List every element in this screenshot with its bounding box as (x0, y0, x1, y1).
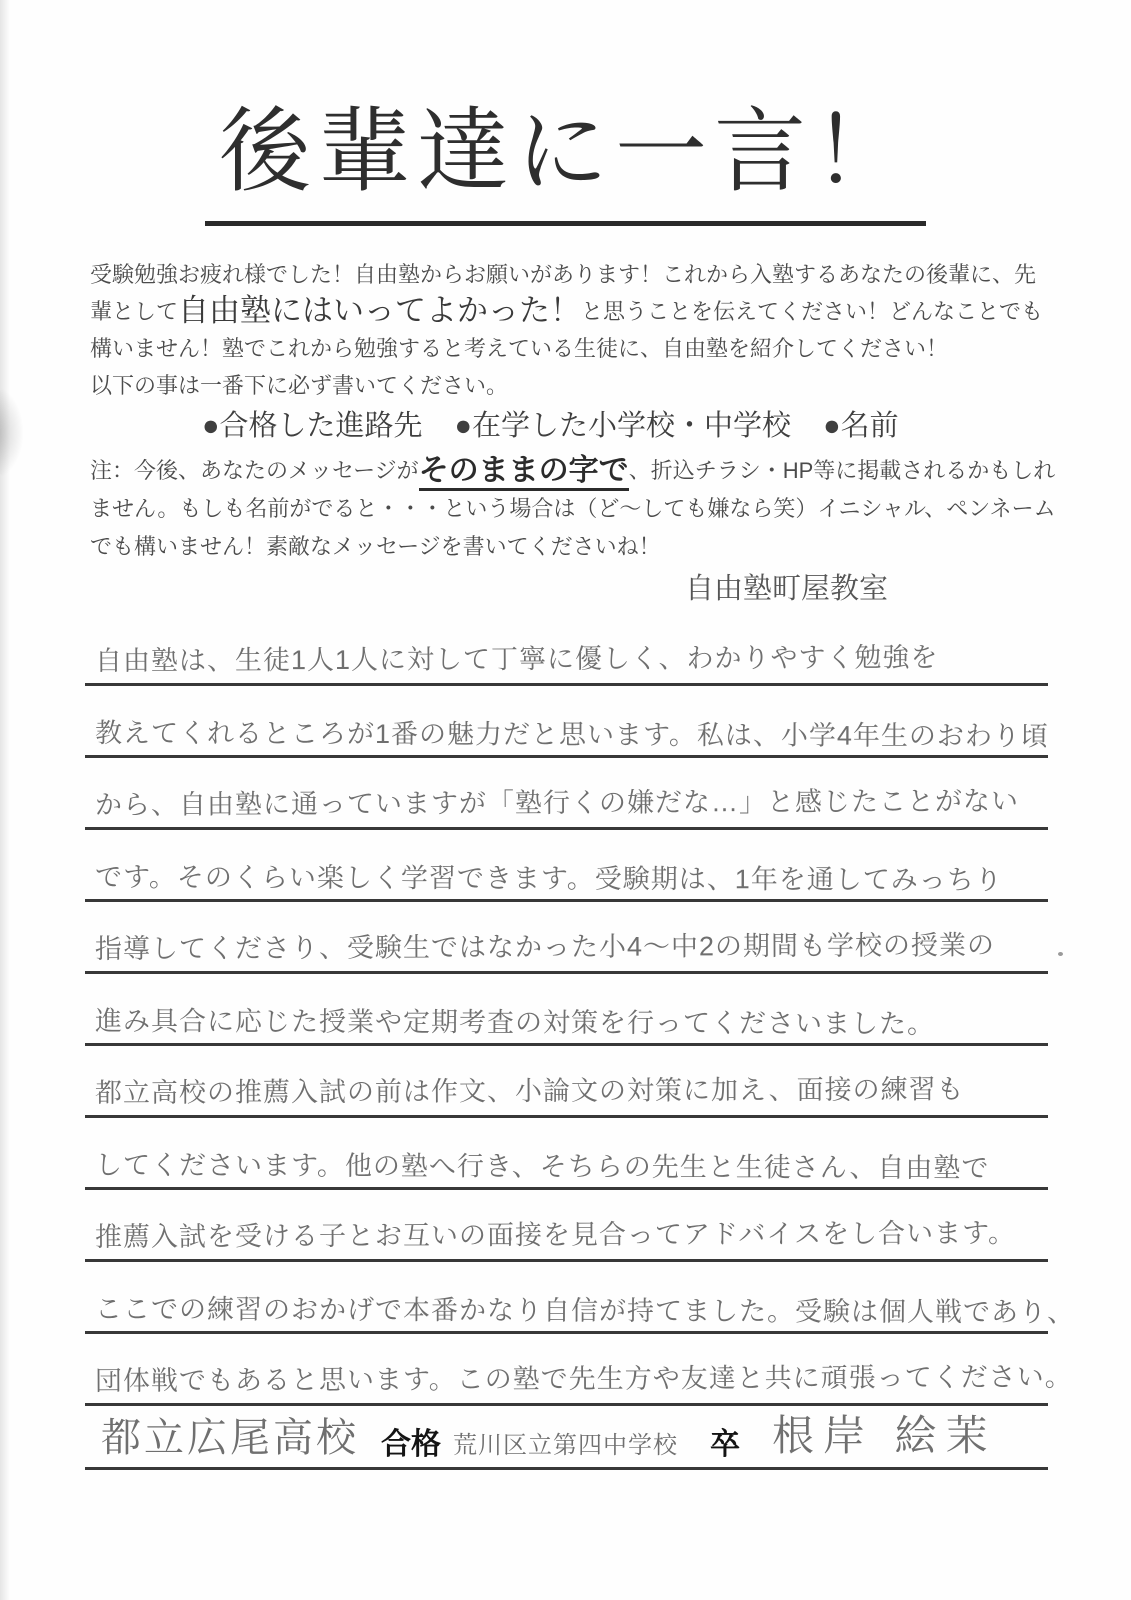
instruction-line: 以下の事は一番下に必ず書いてください。 (90, 367, 1056, 404)
message-line: 団体戦でもあると思います。この塾で先生方や友達と共に頑張ってください。 (85, 1334, 1048, 1406)
message-line-text: 指導してくださり、受験生ではなかった小4〜中2の期間も学校の授業の (95, 923, 995, 966)
note-paragraph: 注：今後、あなたのメッセージがそのままの字で、折込チラシ・HP等に掲載されるかも… (90, 452, 1056, 566)
student-name: 根岸 絵茉 (772, 1403, 997, 1463)
scanned-form-page: 後輩達に一言！ 受験勉強お疲れ様でした！自由塾からお願いがあります！これから入塾… (0, 0, 1131, 1600)
required-item-destination: ●合格した進路先 (202, 406, 423, 446)
note-emphasis: そのままの字で (419, 454, 629, 491)
intro-paragraph: 受験勉強お疲れ様でした！自由塾からお願いがあります！これから入塾するあなたの後輩… (90, 256, 1056, 367)
message-line: から、自由塾に通っていますが「塾行くの嫌だな…」と感じたことがない (85, 758, 1048, 830)
junior-high-name: 荒川区立第四中学校 (453, 1425, 678, 1463)
signature-row: 都立広尾高校 合格 荒川区立第四中学校 卒 根岸 絵茉 (85, 1406, 1048, 1470)
message-line: ここでの練習のおかげで本番かなり自信が持てました。受験は個人戦であり、 (85, 1262, 1048, 1334)
message-line-text: ここでの練習のおかげで本番かなり自信が持てました。受験は個人戦であり、 (95, 1287, 1075, 1329)
message-line: 推薦入試を受ける子とお互いの面接を見合ってアドバイスをし合います。 (85, 1190, 1048, 1262)
message-line: です。そのくらい楽しく学習できます。受験期は、1年を通してみっちり (85, 830, 1048, 902)
scan-speck (1058, 952, 1063, 956)
note-text-pre: 注：今後、あなたのメッセージが (90, 458, 419, 483)
message-line-text: から、自由塾に通っていますが「塾行くの嫌だな…」と感じたことがない (95, 779, 1019, 822)
required-items-line: ●合格した進路先 ●在学した小学校・中学校 ●名前 (90, 406, 1056, 446)
message-line: 教えてくれるところが1番の魅力だと思います。私は、小学4年生のおわり頃 (85, 686, 1048, 758)
message-line-text: 自由塾は、生徒1人1人に対して丁寧に優しく、わかりやすく勉強を (95, 636, 939, 679)
message-line-text: 進み具合に応じた授業や定期考査の対策を行ってくださいました。 (95, 999, 935, 1041)
pass-label: 合格 (381, 1430, 441, 1463)
message-line: 指導してくださり、受験生ではなかった小4〜中2の期間も学校の授業の (85, 902, 1048, 974)
message-line: 自由塾は、生徒1人1人に対して丁寧に優しく、わかりやすく勉強を (85, 614, 1048, 686)
message-line-text: です。そのくらい楽しく学習できます。受験期は、1年を通してみっちり (95, 855, 1003, 897)
message-line-text: 団体戦でもあると思います。この塾で先生方や友達と共に頑張ってください。 (95, 1355, 1073, 1398)
title-block: 後輩達に一言！ (0, 0, 1131, 226)
message-line: 都立高校の推薦入試の前は作文、小論文の対策に加え、面接の練習も (85, 1046, 1048, 1118)
message-line: 進み具合に応じた授業や定期考査の対策を行ってくださいました。 (85, 974, 1048, 1046)
page-title: 後輩達に一言！ (205, 102, 926, 226)
graduated-label: 卒 (710, 1430, 740, 1463)
required-item-name: ●名前 (823, 406, 899, 446)
message-line-text: してくださいます。他の塾へ行き、そちらの先生と生徒さん、自由塾で (95, 1143, 990, 1185)
highschool-name: 都立広尾高校 (101, 1406, 359, 1463)
message-line-text: 都立高校の推薦入試の前は作文、小論文の対策に加え、面接の練習も (95, 1067, 965, 1110)
intro-emphasis: 自由塾にはいってよかった！ (178, 293, 581, 328)
message-line: してくださいます。他の塾へ行き、そちらの先生と生徒さん、自由塾で (85, 1118, 1048, 1190)
required-item-schools: ●在学した小学校・中学校 (455, 406, 792, 446)
handwritten-message: 自由塾は、生徒1人1人に対して丁寧に優しく、わかりやすく勉強を 教えてくれるとこ… (85, 614, 1048, 1406)
message-line-text: 教えてくれるところが1番の魅力だと思います。私は、小学4年生のおわり頃 (95, 711, 1049, 753)
classroom-name: 自由塾町屋教室 (685, 572, 1131, 606)
message-line-text: 推薦入試を受ける子とお互いの面接を見合ってアドバイスをし合います。 (95, 1211, 1016, 1254)
scan-edge-shadow (0, 0, 10, 1600)
scan-smudge (0, 385, 24, 480)
